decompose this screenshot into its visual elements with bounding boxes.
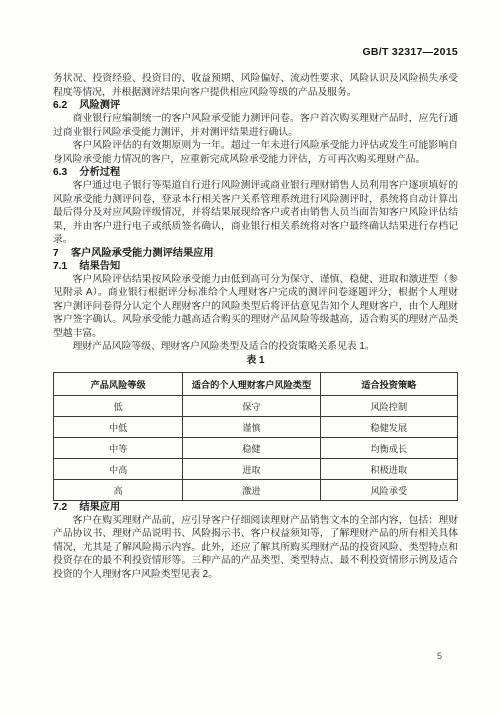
- section-title: 风险测评: [79, 100, 120, 111]
- section-heading-7-1: 7.1结果告知: [53, 260, 458, 273]
- table-row: 高 激进 风险承受: [54, 479, 458, 500]
- paragraph-7-1-2: 理财产品风险等级、理财客户风险类型及适合的投资策略关系见表 1。: [53, 340, 458, 354]
- table-cell: 低: [54, 395, 183, 416]
- table-cell: 稳健: [183, 437, 320, 458]
- table-row: 低 保守 风险控制: [54, 395, 458, 416]
- table-1-caption: 表 1: [53, 354, 458, 367]
- section-number: 6.2: [53, 100, 67, 111]
- section-number: 7.1: [53, 261, 67, 272]
- table-cell: 风险承受: [320, 479, 457, 500]
- table-header-cell: 适合投资策略: [320, 372, 457, 395]
- paragraph-6-2-1: 商业银行应编制统一的客户风险承受能力测评问卷。客户首次购买理财产品时，应先行通过…: [53, 112, 458, 139]
- section-title: 客户风险承受能力测评结果应用: [71, 248, 214, 259]
- table-row: 中低 谨慎 稳健发展: [54, 416, 458, 437]
- table-cell: 高: [54, 479, 183, 500]
- table-header-cell: 适合的个人理财客户风险类型: [183, 372, 320, 395]
- table-cell: 中高: [54, 458, 183, 479]
- table-header-cell: 产品风险等级: [54, 372, 183, 395]
- table-row: 中等 稳健 均衡成长: [54, 437, 458, 458]
- section-number: 6.3: [53, 167, 67, 178]
- table-cell: 稳健发展: [320, 416, 457, 437]
- table-row: 中高 进取 积极进取: [54, 458, 458, 479]
- table-cell: 积极进取: [320, 458, 457, 479]
- page-number: 5: [437, 651, 442, 661]
- section-title: 结果告知: [79, 261, 120, 272]
- table-header-row: 产品风险等级 适合的个人理财客户风险类型 适合投资策略: [54, 372, 458, 395]
- table-cell: 中等: [54, 437, 183, 458]
- section-heading-6-3: 6.3分析过程: [53, 166, 458, 179]
- section-title: 结果应用: [79, 502, 120, 513]
- table-cell: 谨慎: [183, 416, 320, 437]
- paragraph-6-3-1: 客户通过电子银行等渠道自行进行风险测评或商业银行理财销售人员利用客户逐项填好的风…: [53, 179, 458, 247]
- section-title: 分析过程: [79, 167, 120, 178]
- doc-code-header: GB/T 32317—2015: [53, 46, 458, 59]
- paragraph-7-2-1: 客户在购买理财产品前，应引导客户仔细阅读理财产品销售文本的全部内容，包括：理财产…: [53, 514, 458, 582]
- section-number: 7: [53, 248, 59, 259]
- table-cell: 进取: [183, 458, 320, 479]
- section-heading-7: 7客户风险承受能力测评结果应用: [53, 247, 458, 260]
- section-heading-7-2: 7.2结果应用: [53, 501, 458, 514]
- section-number: 7.2: [53, 502, 67, 513]
- table-1: 产品风险等级 适合的个人理财客户风险类型 适合投资策略 低 保守 风险控制 中低…: [53, 372, 458, 501]
- table-cell: 保守: [183, 395, 320, 416]
- table-cell: 风险控制: [320, 395, 457, 416]
- table-cell: 均衡成长: [320, 437, 457, 458]
- paragraph-continuation: 务状况、投资经验、投资目的、收益预期、风险偏好、流动性要求、风险认识及风险损失承…: [53, 72, 458, 99]
- table-cell: 激进: [183, 479, 320, 500]
- paragraph-7-1-1: 客户风险评估结果按风险承受能力由低到高可分为保守、谨慎、稳健、进取和激进型（参见…: [53, 273, 458, 341]
- document-page: GB/T 32317—2015 务状况、投资经验、投资目的、收益预期、风险偏好、…: [0, 0, 500, 716]
- section-heading-6-2: 6.2风险测评: [53, 99, 458, 112]
- table-cell: 中低: [54, 416, 183, 437]
- paragraph-6-2-2: 客户风险评估的有效期原则为一年。超过一年未进行风险承受能力评估或发生可能影响自身…: [53, 139, 458, 166]
